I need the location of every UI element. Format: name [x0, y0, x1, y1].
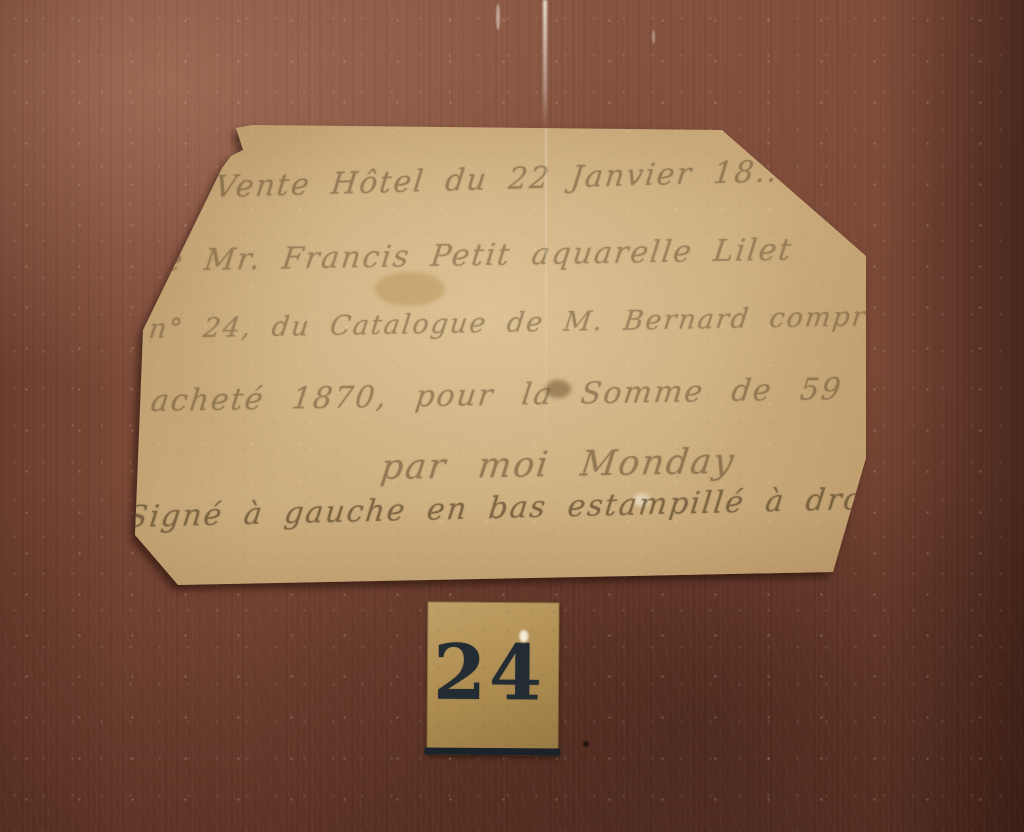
handwriting-line: acheté 1870, pour la Somme de 59 [149, 372, 845, 419]
dark-speck [583, 741, 589, 747]
paint-fleck [652, 30, 655, 44]
handwriting-line: Signé à gauche en bas estampillé à droit… [125, 481, 911, 535]
auction-label-paper: Vente Hôtel du 22 Janvier 18.. de Mr. Fr… [135, 112, 873, 590]
auction-label: Vente Hôtel du 22 Janvier 18.. de Mr. Fr… [135, 112, 873, 590]
paint-scratch-faint [545, 128, 547, 463]
lot-number: 24 [427, 628, 552, 718]
lot-number-label: 24 [426, 602, 559, 756]
photo-back-of-frame: Vente Hôtel du 22 Janvier 18.. de Mr. Fr… [0, 0, 1024, 832]
paper-stain [375, 272, 445, 306]
handwriting-line: n° 24, du Catalogue de M. Bernard compri… [147, 301, 895, 345]
handwriting-line: par moi Monday [379, 442, 738, 488]
lot-label-dark-edge [424, 748, 560, 756]
lot-label-speck [519, 630, 528, 642]
paint-fleck [496, 4, 500, 30]
handwriting-line: Vente Hôtel du 22 Janvier 18.. [213, 154, 781, 205]
paint-scratch [543, 0, 547, 130]
handwriting-line: de Mr. Francis Petit aquarelle Lilet [141, 233, 795, 279]
